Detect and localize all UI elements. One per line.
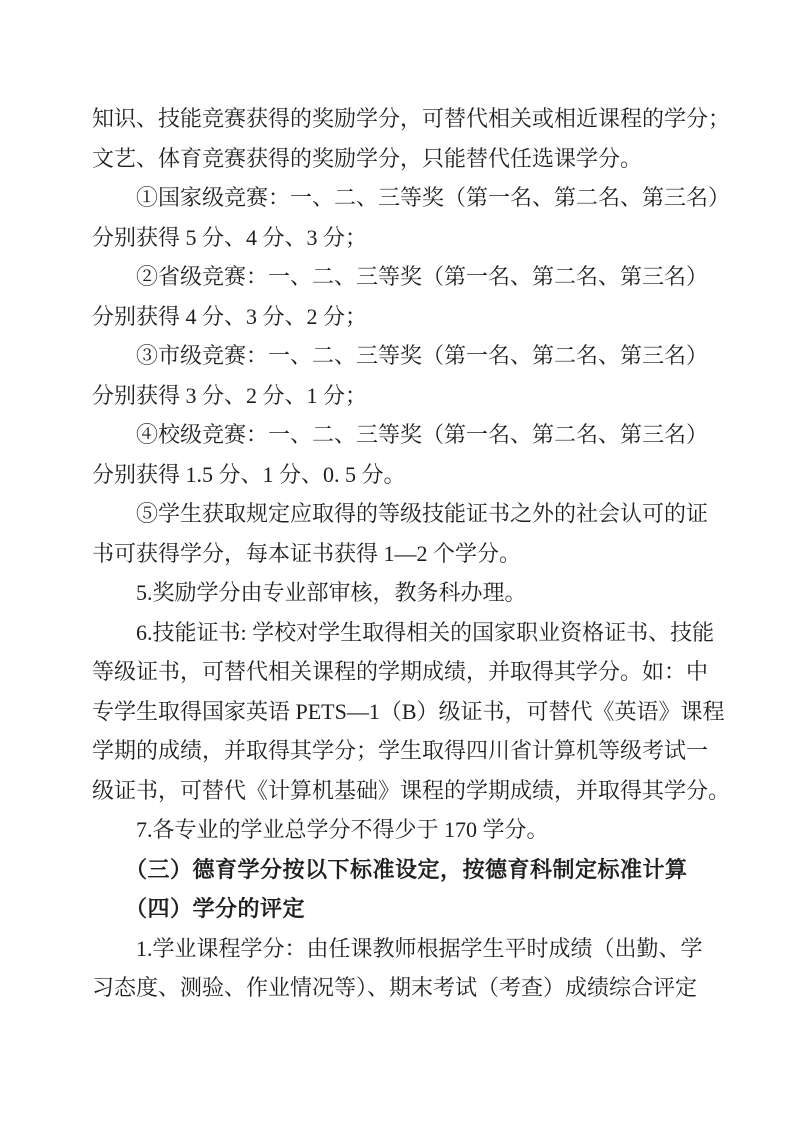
text-line-18: 级证书，可替代《计算机基础》课程的学期成绩，并取得其学分。 — [92, 771, 708, 811]
list-item-7-total-credits: 7.各专业的学业总学分不得少于 170 学分。 — [92, 810, 708, 850]
text-line-6: 分别获得 4 分、3 分、2 分； — [92, 297, 708, 337]
list-item-6-skill-certificates: 6.技能证书: 学校对学生取得相关的国家职业资格证书、技能 — [92, 613, 708, 653]
text-line-8: 分别获得 3 分、2 分、1 分； — [92, 376, 708, 416]
section-heading-4-credit-assessment: （四）学分的评定 — [92, 889, 708, 929]
list-item-city-competition: ③市级竞赛：一、二、三等奖（第一名、第二名、第三名） — [92, 336, 708, 376]
document-page: 知识、技能竞赛获得的奖励学分，可替代相关或相近课程的学分； 文艺、体育竞赛获得的… — [0, 0, 793, 1122]
list-item-1-course-credits: 1.学业课程学分：由任课教师根据学生平时成绩（出勤、学 — [92, 929, 708, 969]
text-line-17: 学期的成绩，并取得其学分；学生取得四川省计算机等级考试一 — [92, 731, 708, 771]
text-line-10: 分别获得 1.5 分、1 分、0. 5 分。 — [92, 455, 708, 495]
section-heading-3-moral-credits: （三）德育学分按以下标准设定，按德育科制定标准计算 — [92, 850, 708, 890]
list-item-5-reward-credits: 5.奖励学分由专业部审核，教务科办理。 — [92, 573, 708, 613]
list-item-certificates: ⑤学生获取规定应取得的等级技能证书之外的社会认可的证 — [92, 494, 708, 534]
text-line-16: 专学生取得国家英语 PETS—1（B）级证书，可替代《英语》课程 — [92, 692, 708, 732]
text-line-23: 习态度、测验、作业情况等）、期末考试（考查）成绩综合评定 — [92, 968, 708, 1008]
text-line-4: 分别获得 5 分、4 分、3 分； — [92, 218, 708, 258]
list-item-school-competition: ④校级竞赛：一、二、三等奖（第一名、第二名、第三名） — [92, 415, 708, 455]
text-line-12: 书可获得学分，每本证书获得 1—2 个学分。 — [92, 534, 708, 574]
text-line-1: 知识、技能竞赛获得的奖励学分，可替代相关或相近课程的学分； — [92, 99, 708, 139]
text-line-2: 文艺、体育竞赛获得的奖励学分，只能替代任选课学分。 — [92, 139, 708, 179]
list-item-provincial-competition: ②省级竞赛：一、二、三等奖（第一名、第二名、第三名） — [92, 257, 708, 297]
text-line-15: 等级证书，可替代相关课程的学期成绩，并取得其学分。如：中 — [92, 652, 708, 692]
list-item-national-competition: ①国家级竞赛：一、二、三等奖（第一名、第二名、第三名） — [92, 178, 708, 218]
